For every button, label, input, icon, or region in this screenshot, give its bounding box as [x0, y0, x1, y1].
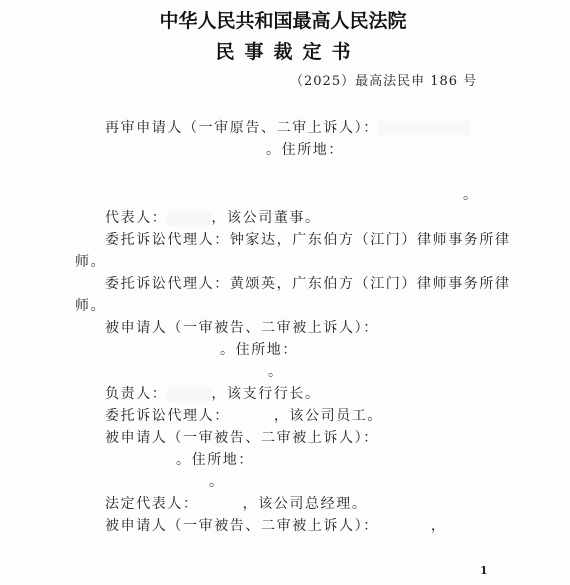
redacted-name [199, 497, 243, 511]
respondent3-role-line: 被申请人（一审被告、二审被上诉人）：， [105, 517, 446, 535]
agent-separator: ， [274, 408, 290, 424]
applicant-role-line: 再审申请人（一审原告、二审上诉人）： [105, 119, 469, 137]
applicant-role-label: 再审申请人（一审原告、二审上诉人）： [105, 120, 379, 136]
applicant-address-line: 。住所地： [266, 141, 344, 159]
applicant-address-label: 。住所地： [266, 142, 344, 158]
document-page: 中华人民共和国最高人民法院 民事裁定书 （2025）最高法民申 186 号 再审… [0, 0, 570, 585]
principal-title: 该支行行长。 [227, 386, 321, 402]
case-number: （2025）最高法民申 186 号 [290, 70, 477, 89]
principal-label: 负责人： [105, 386, 167, 402]
respondent1-agent-line: 委托诉讼代理人：，该公司员工。 [105, 407, 383, 425]
redacted-name [167, 211, 211, 225]
legal-rep-label: 法定代表人： [105, 496, 199, 512]
legal-rep-separator: ， [243, 496, 259, 512]
agent1-text: 钟家达，广东伯方（江门）律师事务所律 [230, 232, 511, 248]
applicant-address-end: 。 [463, 186, 479, 204]
applicant-agent2-wrap: 师。 [75, 297, 106, 315]
applicant-agent1-line: 委托诉讼代理人：钟家达，广东伯方（江门）律师事务所律 [105, 231, 511, 249]
redacted-name [379, 519, 431, 533]
document-type-heading: 民事裁定书 [3, 37, 570, 64]
agent2-label: 委托诉讼代理人： [105, 276, 230, 292]
agent2-text: 黄颂英，广东伯方（江门）律师事务所律 [230, 276, 511, 292]
agent-title: 该公司员工。 [289, 408, 383, 424]
respondent2-address-line: 。住所地： [176, 451, 254, 469]
legal-rep-title: 该公司总经理。 [258, 496, 367, 512]
respondent3-trailing: ， [431, 518, 447, 534]
representative-title: 该公司董事。 [227, 210, 321, 226]
applicant-representative-line: 代表人：，该公司董事。 [105, 209, 321, 227]
applicant-agent2-line: 委托诉讼代理人：黄颂英，广东伯方（江门）律师事务所律 [105, 275, 511, 293]
page-number: 1 [480, 564, 488, 577]
respondent2-address-end: 。 [209, 473, 225, 491]
respondent2-legal-rep-line: 法定代表人：，该公司总经理。 [105, 495, 367, 513]
redacted-name [167, 387, 211, 401]
representative-separator: ， [211, 210, 227, 226]
respondent1-role-line: 被申请人（一审被告、二审被上诉人）： [105, 319, 379, 337]
principal-separator: ， [211, 386, 227, 402]
redacted-name [379, 121, 469, 135]
respondent1-address-end: 。 [268, 363, 284, 381]
applicant-agent1-wrap: 师。 [75, 253, 106, 271]
respondent2-role-line: 被申请人（一审被告、二审被上诉人）： [105, 429, 379, 447]
representative-label: 代表人： [105, 210, 167, 226]
respondent1-principal-line: 负责人：，该支行行长。 [105, 385, 321, 403]
court-name-heading: 中华人民共和国最高人民法院 [0, 6, 568, 33]
redacted-name [230, 409, 274, 423]
agent-label: 委托诉讼代理人： [105, 408, 230, 424]
respondent3-role-label: 被申请人（一审被告、二审被上诉人）： [105, 518, 379, 534]
agent1-label: 委托诉讼代理人： [105, 232, 230, 248]
respondent1-address-line: 。住所地： [220, 341, 298, 359]
